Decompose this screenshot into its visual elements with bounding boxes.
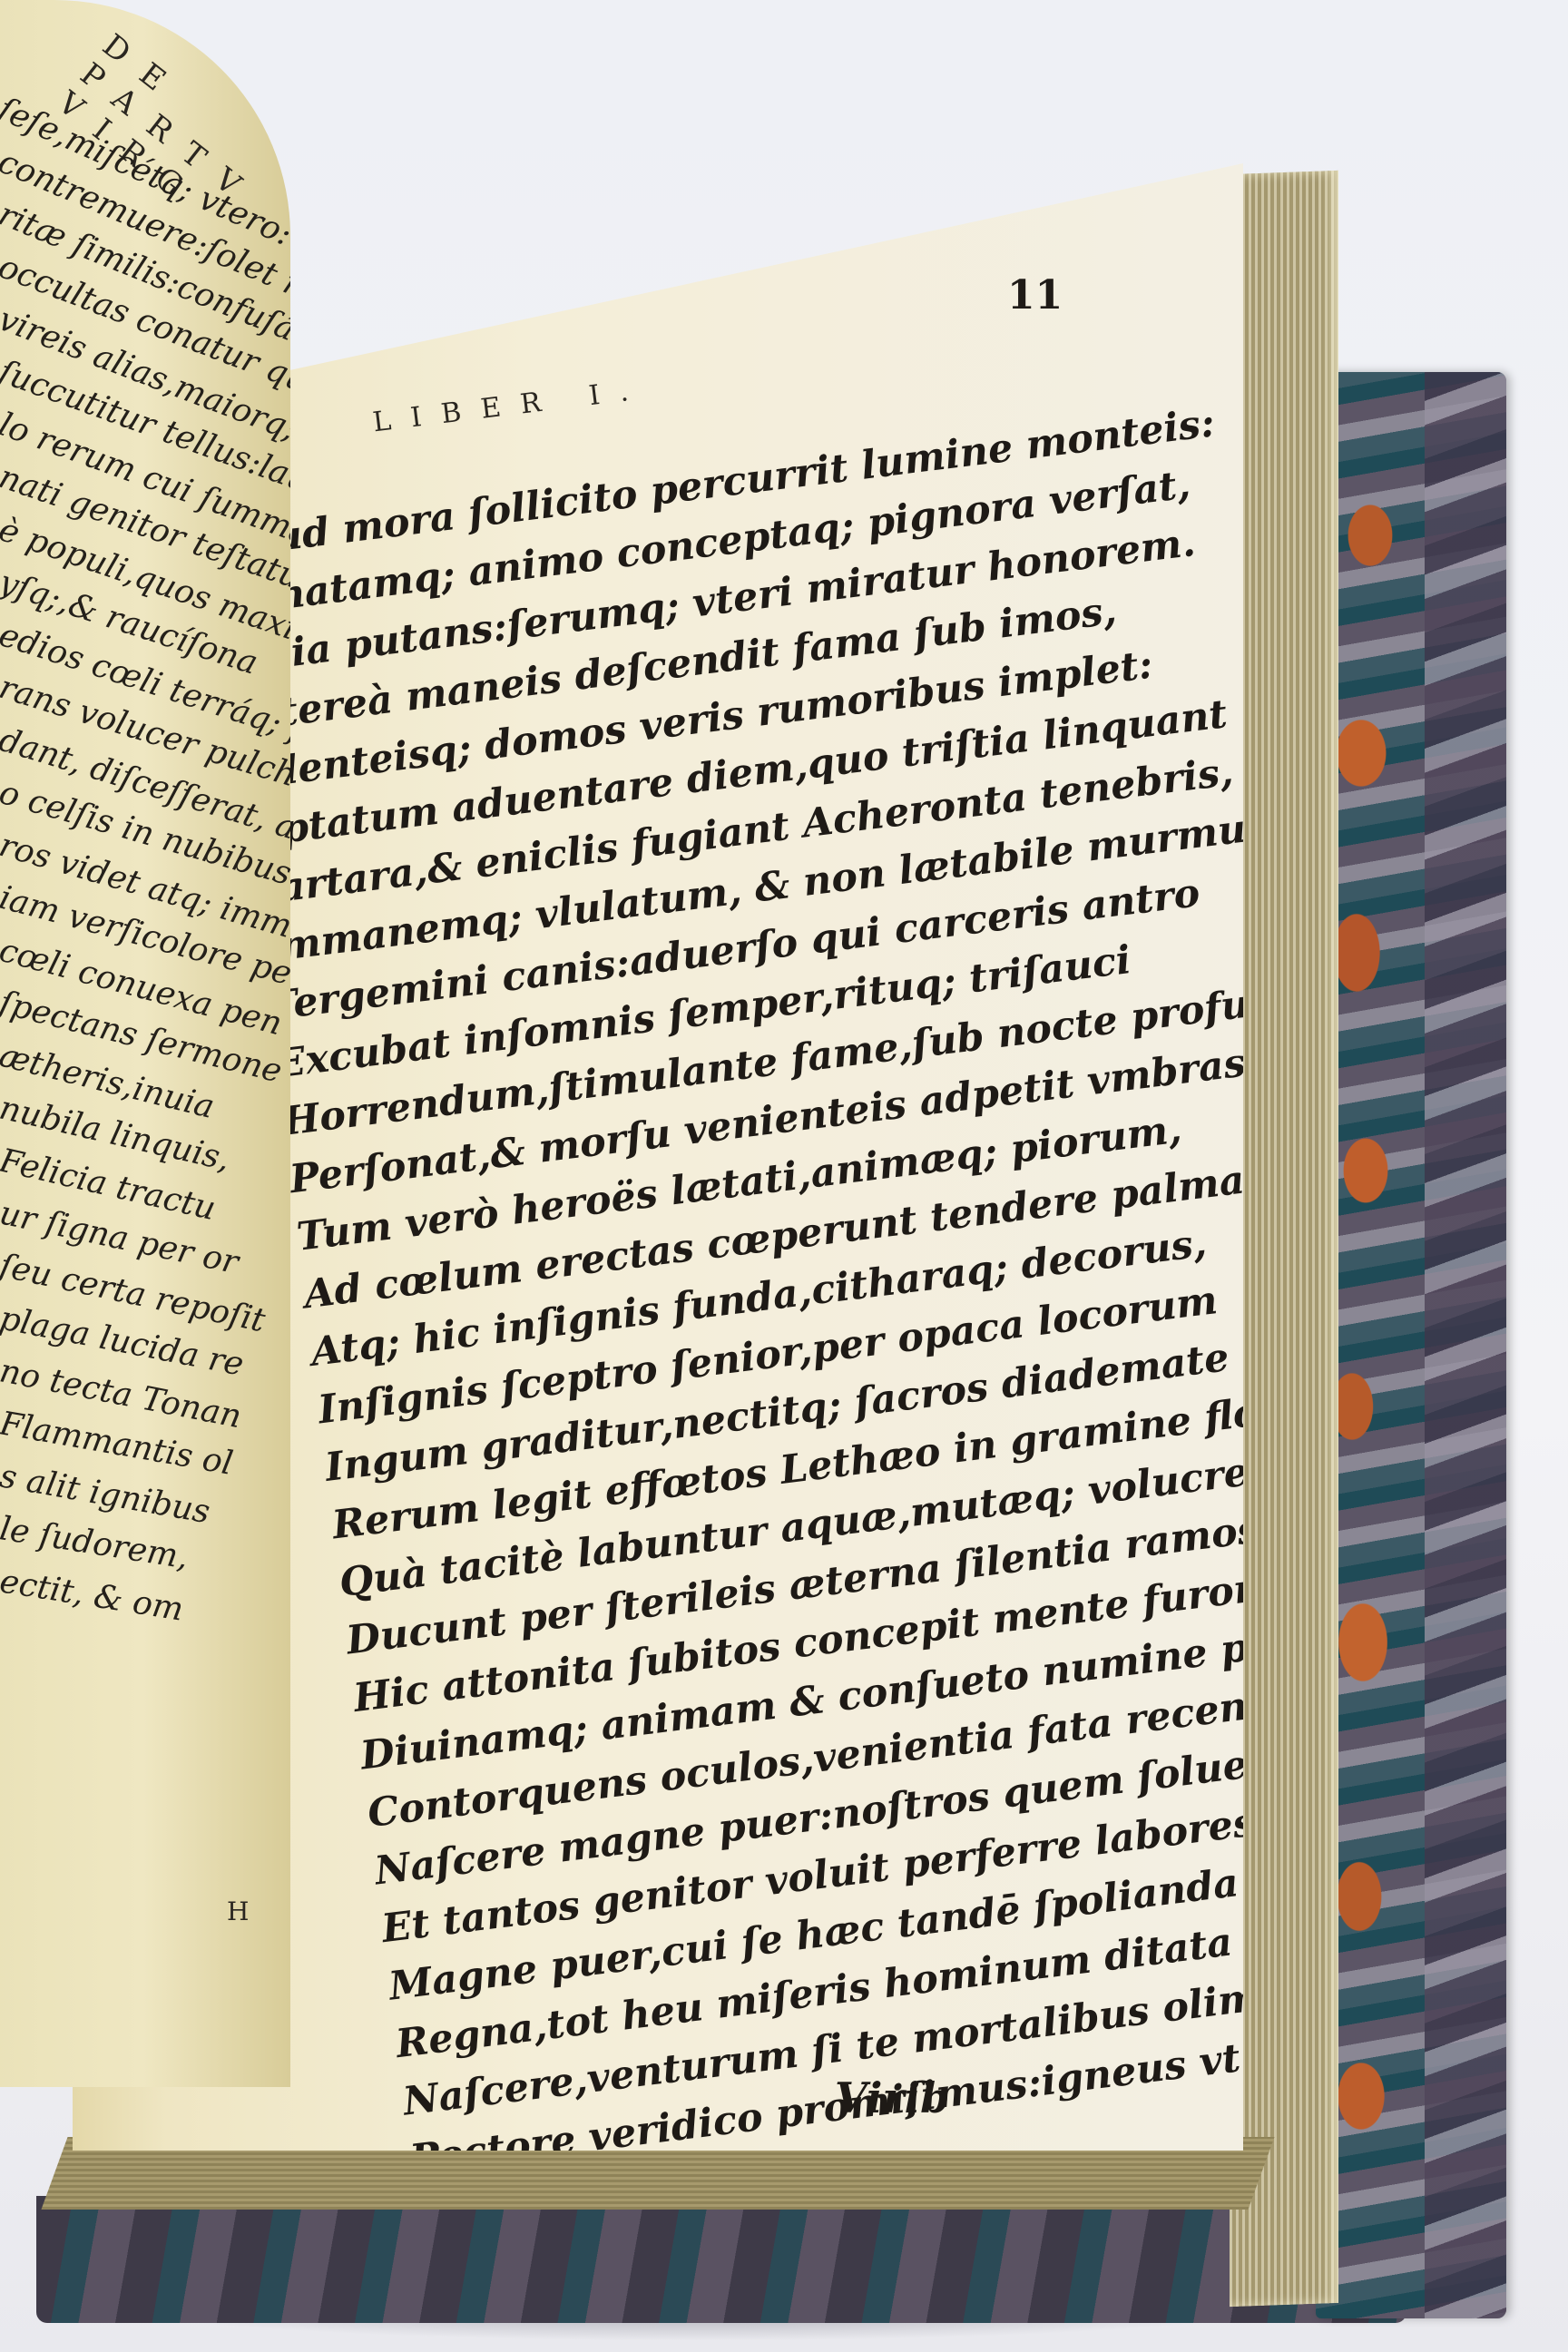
running-head-right: LIBER I. [371, 374, 650, 439]
left-page-text: ſeſe,miſcétq; vtero: quæ teſta contremue… [0, 82, 290, 1608]
page-number: 11 [1007, 272, 1063, 318]
signature-mark: H [227, 1896, 249, 1926]
left-page-curled: DE PARTV VIRG ſeſe,miſcétq; vtero: quæ t… [0, 0, 290, 2087]
marbled-back-cover [1316, 372, 1506, 2318]
book-photograph: LIBER I. 11 Haud mora ſollicito percurri… [0, 0, 1568, 2352]
marbled-cover-bottom [36, 2196, 1406, 2323]
page-block-fore-edge [1230, 171, 1338, 2307]
catchword: Virib [835, 2073, 949, 2122]
right-page-text: Haud mora ſollicito percurrit lumine mon… [209, 407, 1315, 2189]
